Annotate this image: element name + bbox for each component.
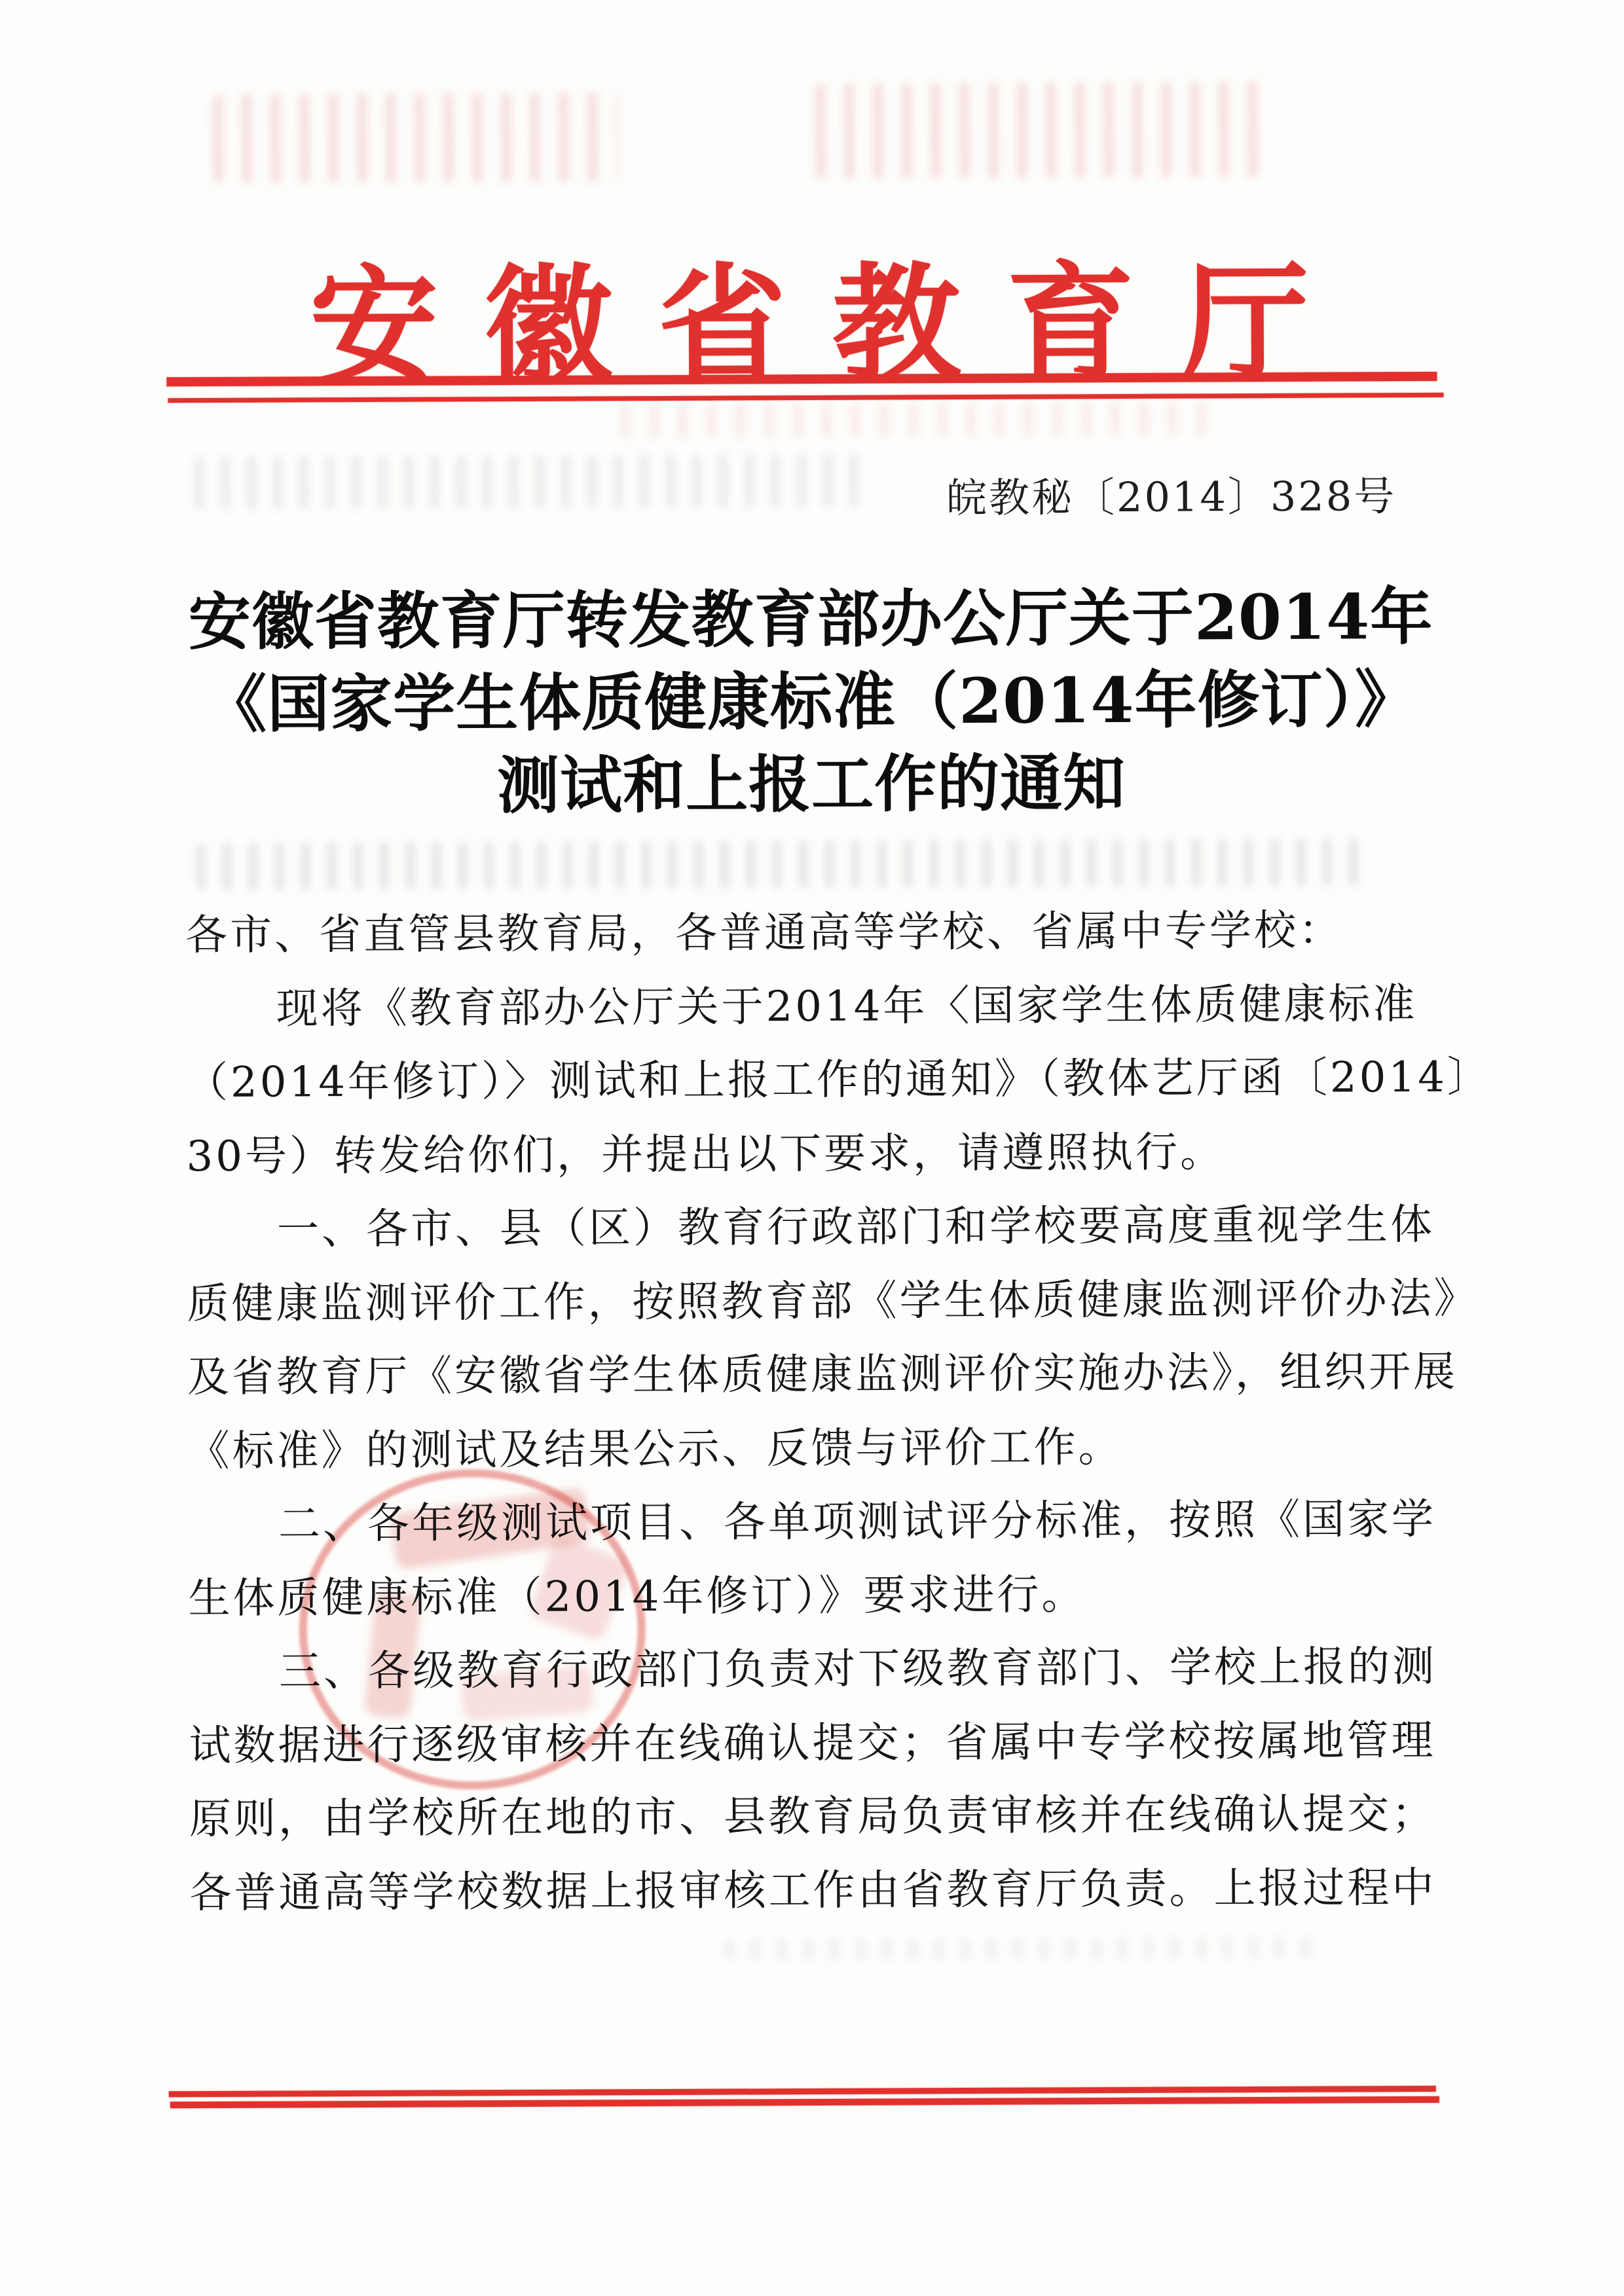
document-title-line: 《国家学生体质健康标准（2014年修订）》: [90, 658, 1532, 747]
scanned-document-page: 安徽省教育厅 皖教秘〔2014〕328号 安徽省教育厅转发教育部办公厅关于201…: [0, 0, 1624, 2296]
salutation-line: 各市、省直管县教育局，各普通高等学校、省属中专学校：: [185, 894, 1456, 973]
document-number: 皖教秘〔2014〕328号: [946, 464, 1397, 524]
bleed-through-artifact: [815, 82, 1274, 179]
body-line: 《标准》的测试及结果公示、反馈与评价工作。: [187, 1409, 1458, 1488]
document-title-line: 安徽省教育厅转发教育部办公厅关于2014年: [90, 575, 1532, 665]
bleed-through-artifact: [212, 92, 619, 183]
body-line: 一、各市、县（区）教育行政部门和学校要高度重视学生体: [187, 1188, 1457, 1267]
scan-content: 安徽省教育厅 皖教秘〔2014〕328号 安徽省教育厅转发教育部办公厅关于201…: [0, 0, 1624, 2296]
document-title-line: 测试和上报工作的通知: [91, 740, 1532, 829]
footer-rule-lower: [170, 2096, 1439, 2108]
footer-rule-upper: [169, 2086, 1436, 2097]
bleed-through-artifact: [196, 838, 1375, 890]
body-line: 现将《教育部办公厅关于2014年〈国家学生体质健康标准: [185, 967, 1456, 1046]
body-line: 及省教育厅《安徽省学生体质健康监测评价实施办法》，组织开展: [187, 1336, 1458, 1415]
body-line: （2014年修订）〉测试和上报工作的通知》（教体艺厅函〔2014〕: [186, 1041, 1456, 1120]
body-line: 各普通高等学校数据上报审核工作由省教育厅负责。上报过程中: [189, 1851, 1460, 1930]
body-line: 30号）转发给你们，并提出以下要求，请遵照执行。: [186, 1114, 1456, 1194]
document-title: 安徽省教育厅转发教育部办公厅关于2014年 《国家学生体质健康标准（2014年修…: [90, 575, 1532, 829]
body-line: 质健康监测评价工作，按照教育部《学生体质健康监测评价办法》: [187, 1262, 1457, 1341]
document-body: 各市、省直管县教育局，各普通高等学校、省属中专学校： 现将《教育部办公厅关于20…: [185, 894, 1460, 1930]
bleed-through-artifact: [194, 454, 862, 509]
bleed-through-artifact: [725, 1937, 1314, 1961]
body-line: 原则，由学校所在地的市、县教育局负责审核并在线确认提交；: [189, 1777, 1460, 1857]
seal-ink-mark: [460, 1666, 595, 1722]
